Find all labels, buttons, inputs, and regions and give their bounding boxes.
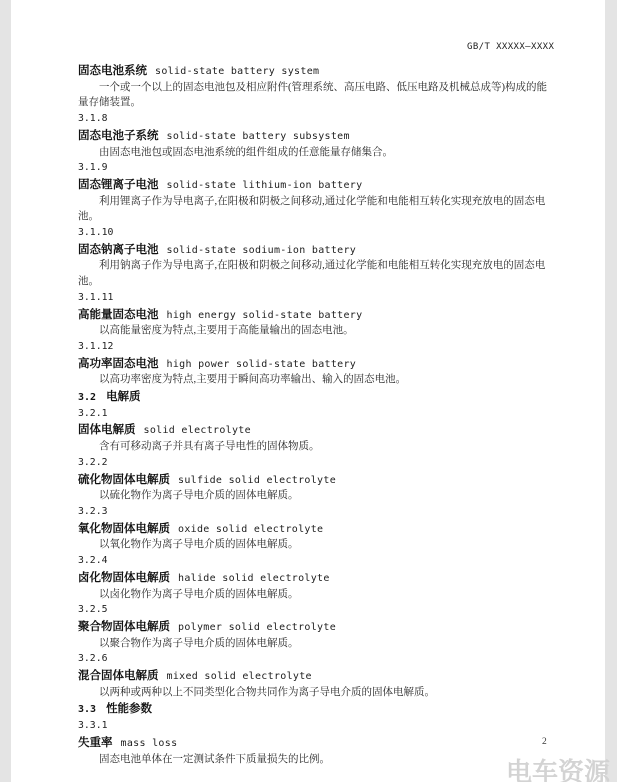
term-zh: 高功率固态电池 bbox=[78, 358, 159, 370]
document-page: GB/T XXXXX—XXXX 固态电池系统solid-state batter… bbox=[11, 0, 605, 782]
term-line: 混合固体电解质mixed solid electrolyte bbox=[78, 667, 552, 685]
term-zh: 卤化物固体电解质 bbox=[78, 572, 170, 584]
term-en: solid-state battery subsystem bbox=[167, 131, 350, 142]
definition: 以氧化物作为离子导电介质的固体电解质。 bbox=[78, 537, 552, 553]
section-title: 电解质 bbox=[106, 391, 141, 403]
definition: 固态电池单体在一定测试条件下质量损失的比例。 bbox=[78, 752, 552, 768]
term-line: 高功率固态电池high power solid-state battery bbox=[78, 355, 552, 373]
term-line: 聚合物固体电解质polymer solid electrolyte bbox=[78, 618, 552, 636]
term-zh: 失重率 bbox=[78, 737, 113, 749]
term-en: halide solid electrolyte bbox=[178, 573, 330, 584]
definition: 一个或一个以上的固态电池包及相应附件(管理系统、高压电路、低压电路及机械总成等)… bbox=[78, 80, 552, 111]
definition: 由固态电池包或固态电池系统的组件组成的任意能量存储集合。 bbox=[78, 145, 552, 161]
term-zh: 混合固体电解质 bbox=[78, 670, 159, 682]
clause-number: 3.2.5 bbox=[78, 602, 552, 618]
term-line: 固态电池系统solid-state battery system bbox=[78, 62, 552, 80]
clause-number: 3.3.1 bbox=[78, 718, 552, 734]
clause-number: 3.2.1 bbox=[78, 406, 552, 422]
term-line: 失重率mass loss bbox=[78, 734, 552, 752]
term-zh: 固态锂离子电池 bbox=[78, 179, 159, 191]
clause-number: 3.1.8 bbox=[78, 111, 552, 127]
clause-number: 3.2.2 bbox=[78, 455, 552, 471]
term-line: 固态锂离子电池solid-state lithium-ion battery bbox=[78, 176, 552, 194]
term-line: 卤化物固体电解质halide solid electrolyte bbox=[78, 569, 552, 587]
clause-number: 3.1.12 bbox=[78, 339, 552, 355]
term-line: 硫化物固体电解质sulfide solid electrolyte bbox=[78, 471, 552, 489]
term-zh: 高能量固态电池 bbox=[78, 309, 159, 321]
section-number: 3.3 bbox=[78, 704, 96, 715]
term-en: oxide solid electrolyte bbox=[178, 524, 323, 535]
term-line: 氧化物固体电解质oxide solid electrolyte bbox=[78, 520, 552, 538]
term-en: mixed solid electrolyte bbox=[167, 671, 312, 682]
definition: 含有可移动离子并具有离子导电性的固体物质。 bbox=[78, 439, 552, 455]
term-line: 固态钠离子电池solid-state sodium-ion battery bbox=[78, 241, 552, 259]
term-en: high power solid-state battery bbox=[167, 359, 357, 370]
term-en: solid-state lithium-ion battery bbox=[167, 180, 363, 191]
term-zh: 固态电池子系统 bbox=[78, 130, 159, 142]
clause-number: 3.1.11 bbox=[78, 290, 552, 306]
document-blocks: 固态电池系统solid-state battery system一个或一个以上的… bbox=[78, 62, 552, 767]
definition: 以高功率密度为特点,主要用于瞬间高功率输出、输入的固态电池。 bbox=[78, 372, 552, 388]
term-zh: 固态钠离子电池 bbox=[78, 244, 159, 256]
definition: 以高能量密度为特点,主要用于高能量输出的固态电池。 bbox=[78, 323, 552, 339]
term-line: 固态电池子系统solid-state battery subsystem bbox=[78, 127, 552, 145]
term-zh: 硫化物固体电解质 bbox=[78, 474, 170, 486]
document-page-canvas: { "page": { "header_right": "GB/T XXXXX—… bbox=[0, 0, 617, 782]
watermark-text: 电车资源 bbox=[506, 752, 610, 782]
clause-number: 3.2.6 bbox=[78, 651, 552, 667]
term-zh: 氧化物固体电解质 bbox=[78, 523, 170, 535]
term-line: 高能量固态电池high energy solid-state battery bbox=[78, 306, 552, 324]
clause-number: 3.1.9 bbox=[78, 160, 552, 176]
definition: 利用钠离子作为导电离子,在阳极和阴极之间移动,通过化学能和电能相互转化实现充放电… bbox=[78, 258, 552, 289]
page-number: 2 bbox=[542, 737, 547, 747]
term-en: solid electrolyte bbox=[144, 425, 251, 436]
clause-number: 3.2.3 bbox=[78, 504, 552, 520]
term-en: solid-state sodium-ion battery bbox=[167, 245, 357, 256]
definition: 以硫化物作为离子导电介质的固体电解质。 bbox=[78, 488, 552, 504]
term-zh: 固体电解质 bbox=[78, 424, 136, 436]
document-code-header: GB/T XXXXX—XXXX bbox=[467, 42, 554, 52]
definition: 以卤化物作为离子导电介质的固体电解质。 bbox=[78, 587, 552, 603]
term-en: high energy solid-state battery bbox=[167, 310, 363, 321]
section-title: 性能参数 bbox=[106, 703, 152, 715]
term-en: polymer solid electrolyte bbox=[178, 622, 336, 633]
section-heading: 3.2电解质 bbox=[78, 388, 552, 406]
term-en: solid-state battery system bbox=[155, 66, 319, 77]
definition: 利用锂离子作为导电离子,在阳极和阴极之间移动,通过化学能和电能相互转化实现充放电… bbox=[78, 194, 552, 225]
definition: 以聚合物作为离子导电介质的固体电解质。 bbox=[78, 636, 552, 652]
term-line: 固体电解质solid electrolyte bbox=[78, 421, 552, 439]
clause-number: 3.2.4 bbox=[78, 553, 552, 569]
section-heading: 3.3性能参数 bbox=[78, 700, 552, 718]
term-zh: 聚合物固体电解质 bbox=[78, 621, 170, 633]
term-en: sulfide solid electrolyte bbox=[178, 475, 336, 486]
term-zh: 固态电池系统 bbox=[78, 65, 147, 77]
section-number: 3.2 bbox=[78, 392, 96, 403]
clause-number: 3.1.10 bbox=[78, 225, 552, 241]
term-en: mass loss bbox=[121, 738, 178, 749]
definition: 以两种或两种以上不同类型化合物共同作为离子导电介质的固体电解质。 bbox=[78, 685, 552, 701]
